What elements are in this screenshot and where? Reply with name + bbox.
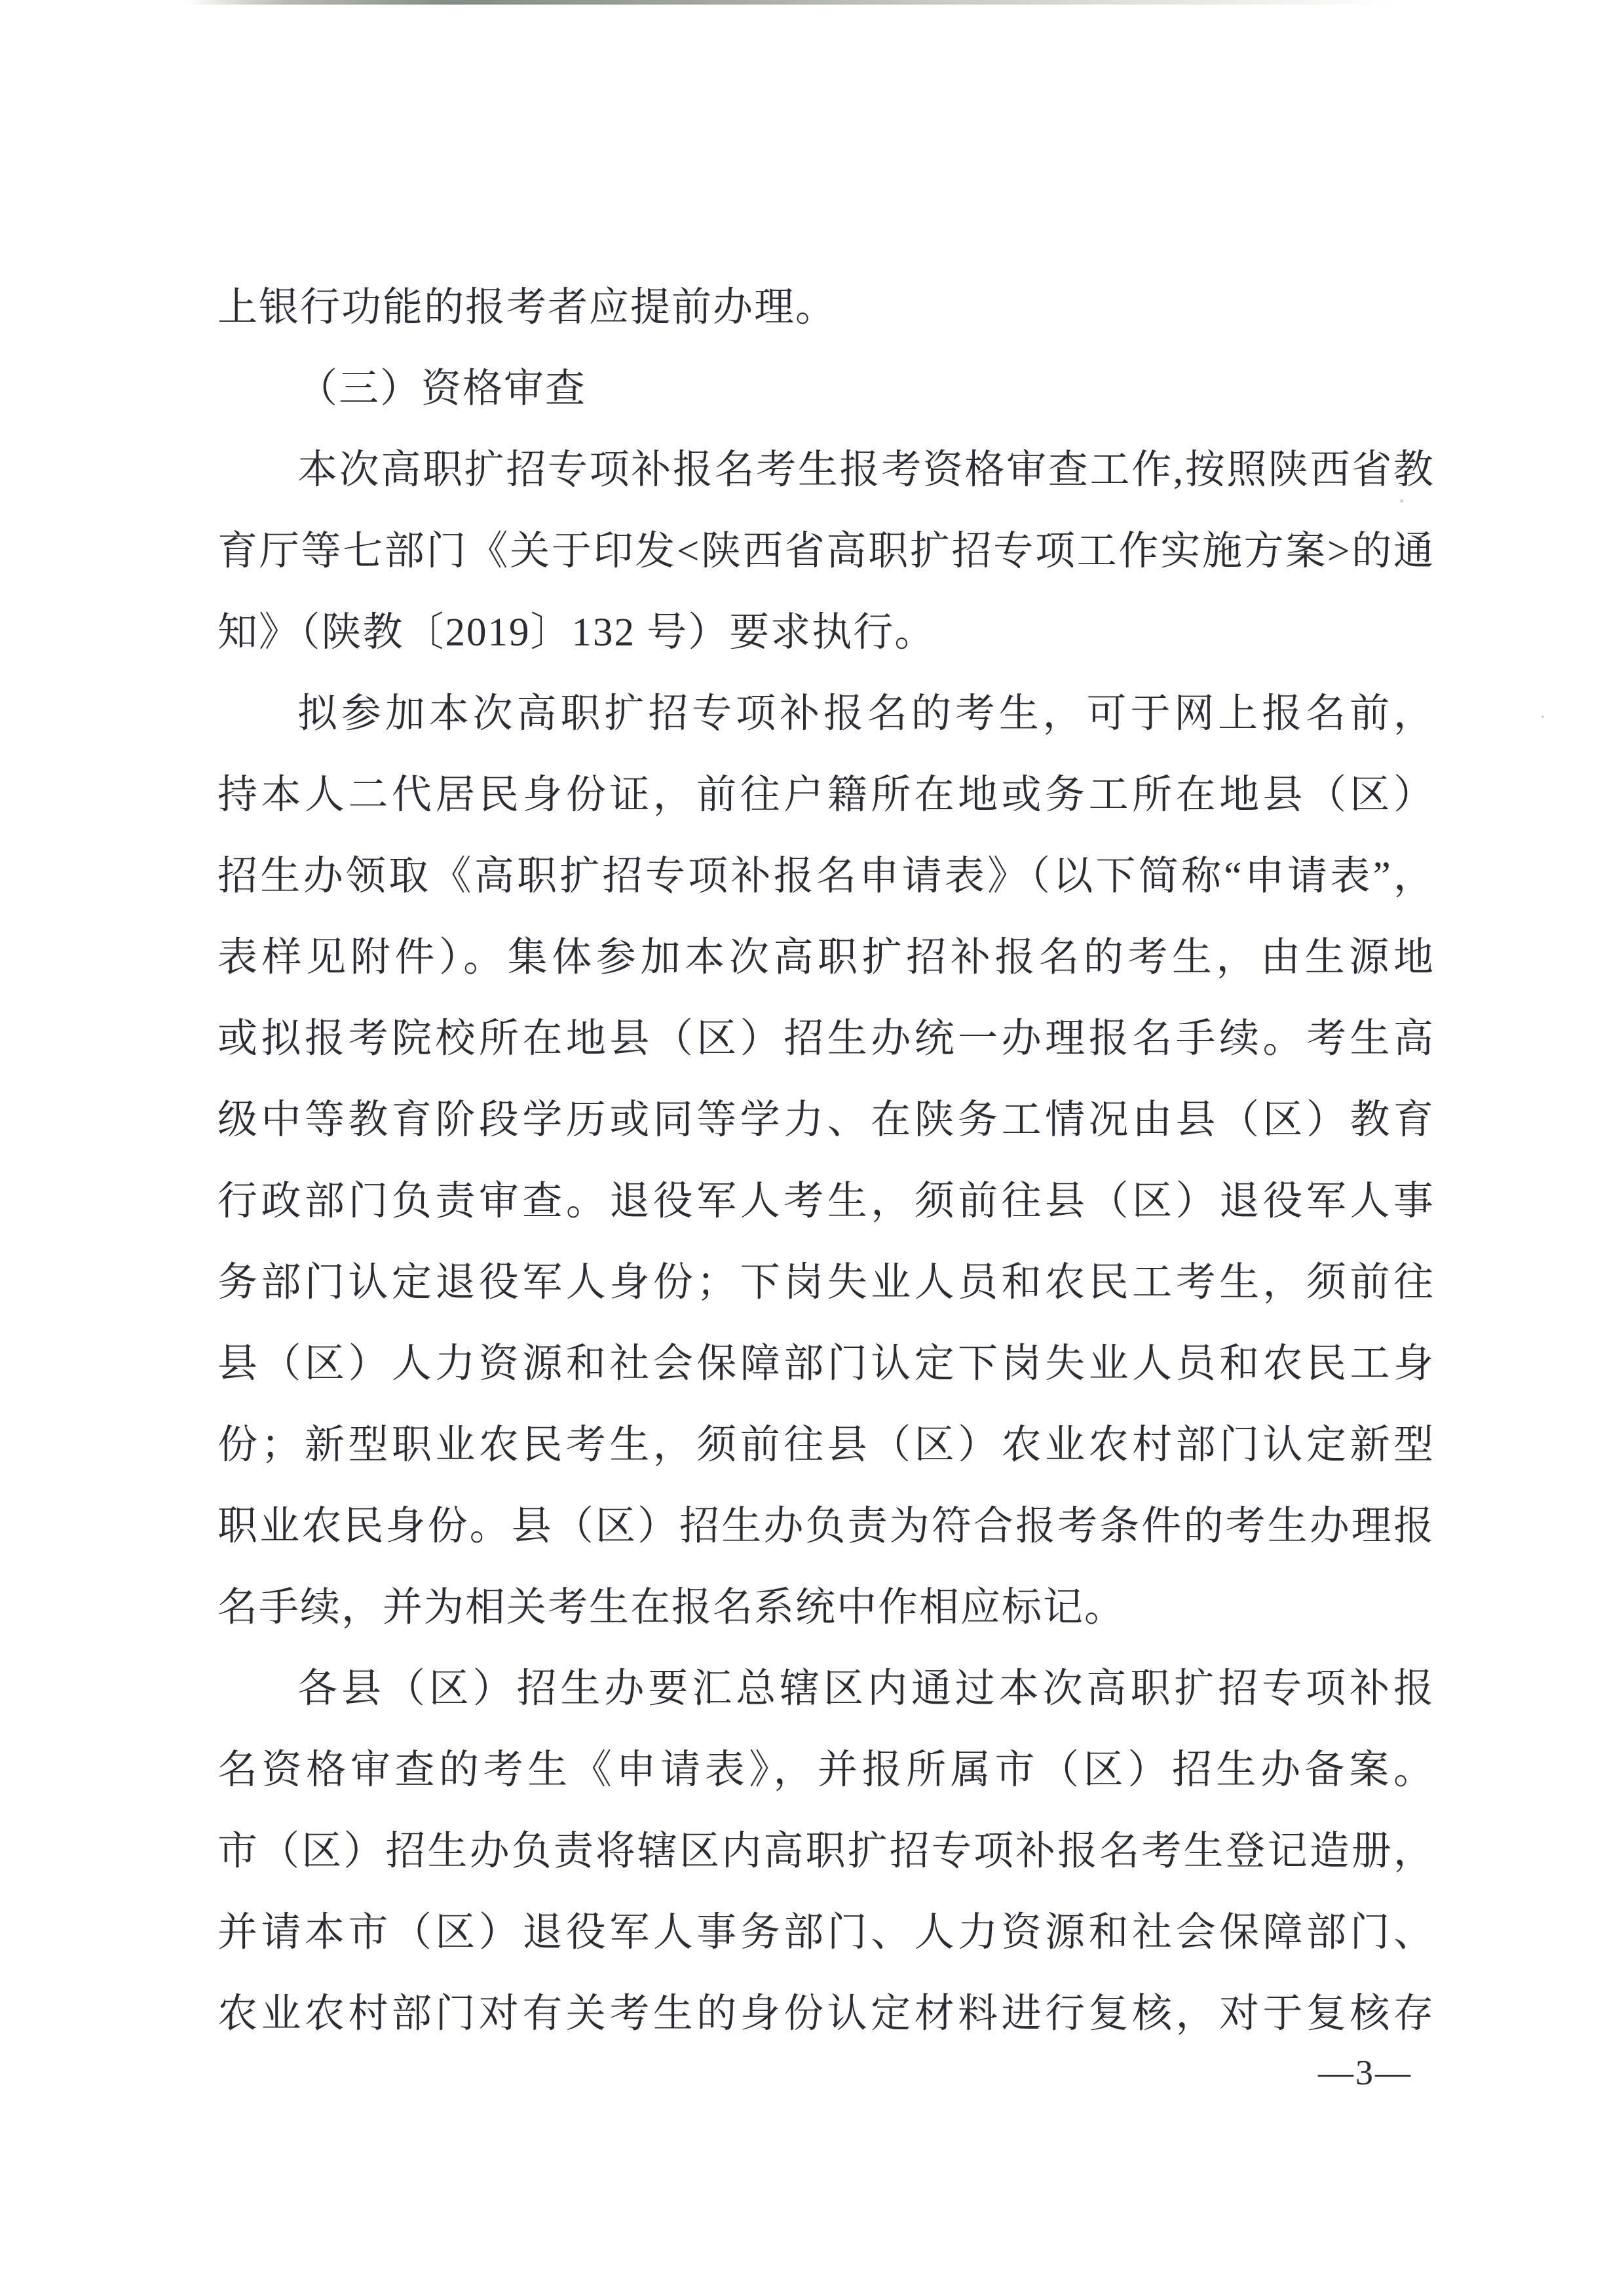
text-line: 上银行功能的报考者应提前办理。 (217, 267, 1435, 349)
text-line: 或拟报考院校所在地县（区）招生办统一办理报名手续。考生高 (217, 999, 1435, 1080)
text-line: 各县（区）招生办要汇总辖区内通过本次高职扩招专项补报 (217, 1649, 1435, 1730)
text-line: 本次高职扩招专项补报名考生报考资格审查工作,按照陕西省教 (217, 430, 1435, 511)
text-line: 并请本市（区）退役军人事务部门、人力资源和社会保障部门、 (217, 1892, 1435, 1974)
text-line: 级中等教育阶段学历或同等学力、在陕务工情况由县（区）教育 (217, 1080, 1435, 1161)
text-line: 拟参加本次高职扩招专项补报名的考生，可于网上报名前， (217, 674, 1435, 755)
text-line: 名资格审查的考生《申请表》，并报所属市（区）招生办备案。 (217, 1730, 1435, 1811)
text-line: 招生办领取《高职扩招专项补报名申请表》（以下简称“申请表”， (217, 836, 1435, 917)
text-line: 份；新型职业农民考生，须前往县（区）农业农村部门认定新型 (217, 1405, 1435, 1486)
section-heading: （三）资格审查 (217, 349, 1435, 430)
text-line: 县（区）人力资源和社会保障部门认定下岗失业人员和农民工身 (217, 1324, 1435, 1405)
text-line: 育厅等七部门《关于印发<陕西省高职扩招专项工作实施方案>的通 (217, 511, 1435, 592)
text-line: 职业农民身份。县（区）招生办负责为符合报考条件的考生办理报 (217, 1486, 1435, 1567)
text-line: 名手续，并为相关考生在报名系统中作相应标记。 (217, 1567, 1435, 1649)
text-line: 农业农村部门对有关考生的身份认定材料进行复核，对于复核存 (217, 1974, 1435, 2055)
text-line: 行政部门负责审查。退役军人考生，须前往县（区）退役军人事 (217, 1161, 1435, 1242)
scan-edge-artifact (187, 0, 1395, 5)
document-body: 上银行功能的报考者应提前办理。 （三）资格审查 本次高职扩招专项补报名考生报考资… (217, 267, 1435, 2055)
document-page: 上银行功能的报考者应提前办理。 （三）资格审查 本次高职扩招专项补报名考生报考资… (0, 0, 1624, 2296)
page-number: —3— (1318, 2050, 1412, 2095)
text-line: 知》（陕教〔2019〕132 号）要求执行。 (217, 592, 1435, 674)
text-line: 持本人二代居民身份证，前往户籍所在地或务工所在地县（区） (217, 755, 1435, 836)
text-line: 务部门认定退役军人身份；下岗失业人员和农民工考生，须前往 (217, 1242, 1435, 1324)
text-line: 市（区）招生办负责将辖区内高职扩招专项补报名考生登记造册， (217, 1811, 1435, 1892)
scan-speck (1541, 716, 1544, 718)
text-line: 表样见附件）。集体参加本次高职扩招补报名的考生，由生源地 (217, 917, 1435, 999)
